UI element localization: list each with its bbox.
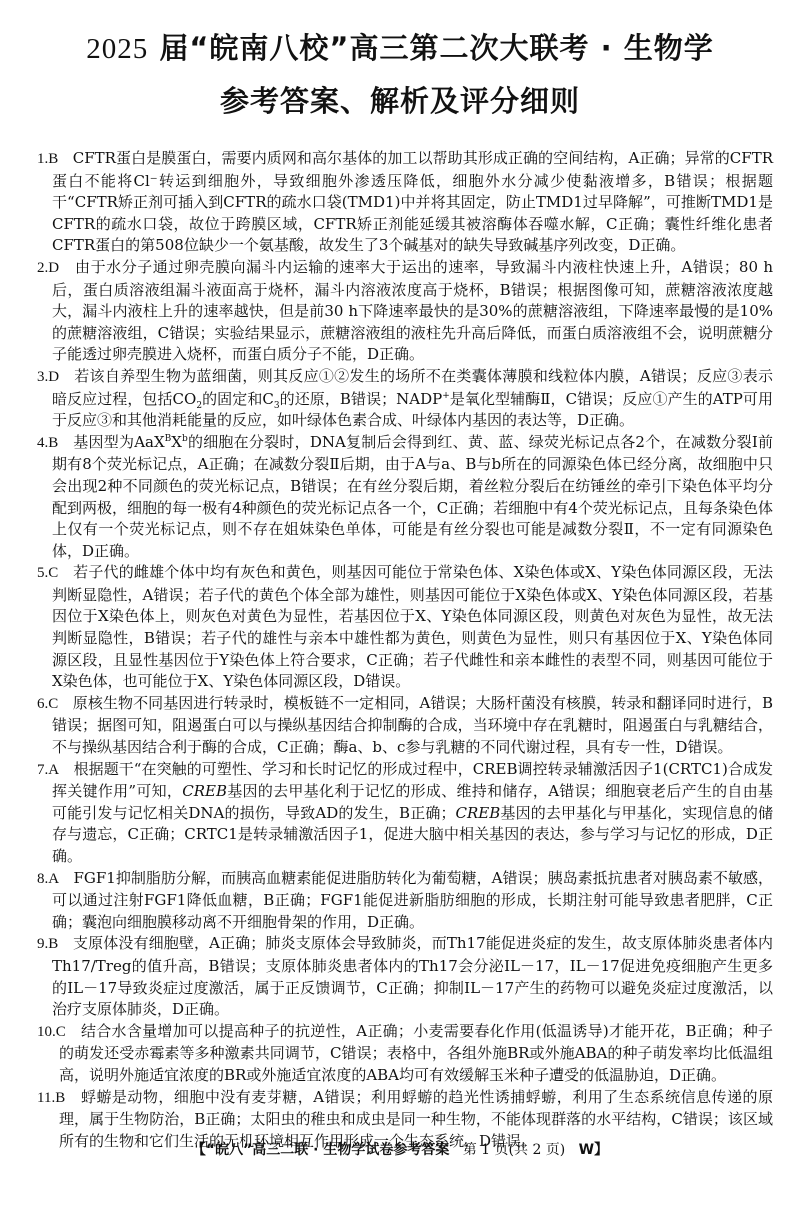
answer-item-5: 5.C 若子代的雌雄个体中均有灰色和黄色，则基因可能位于常染色体、X染色体或X、… [37,562,773,693]
question-number: 1. [37,151,48,167]
answer-letter: B [48,151,58,167]
answer-letter: A [48,871,59,887]
answer-letter: D [48,369,59,385]
explanation-text: 原核生物不同基因进行转录时，模板链不一定相同，A错误；大肠杆菌没有核膜，转录和翻… [52,694,773,756]
answer-letter: A [48,762,59,778]
title-text: 届“皖南八校”高三第二次大联考 · 生物学 [159,31,713,65]
explanation-text: 由于水分子通过卵壳膜向漏斗内运输的速率大于运出的速率，导致漏斗内液柱快速上升，A… [52,258,773,363]
gene-name: CREB [456,804,501,822]
question-number: 4. [37,435,48,451]
answer-item-3: 3.D 若该自养型生物为蓝细菌，则其反应①②发生的场所不在类囊体薄膜和线粒体内膜… [37,366,773,432]
answer-item-2: 2.D 由于水分子通过卵壳膜向漏斗内运输的速率大于运出的速率，导致漏斗内液柱快速… [37,257,773,366]
title-year: 2025 [86,33,148,65]
explanation-text: FGF1抑制脂肪分解，而胰高血糖素能促进脂肪转化为葡萄糖，A错误；胰岛素抵抗患者… [52,869,773,931]
question-number: 7. [37,762,48,778]
explanation-text: 基因型为AaX [73,433,164,451]
answer-letter: B [48,435,58,451]
question-number: 5. [37,565,48,581]
answer-item-1: 1.B CFTR蛋白是膜蛋白，需要内质网和高尔基体的加工以帮助其形成正确的空间结… [37,148,773,257]
answer-item-9: 9.B 支原体没有细胞壁，A正确；肺炎支原体会导致肺炎，而Th17能促进炎症的发… [37,933,773,1020]
question-number: 9. [37,936,48,952]
question-number: 10. [37,1024,56,1040]
answer-list: 1.B CFTR蛋白是膜蛋白，需要内质网和高尔基体的加工以帮助其形成正确的空间结… [37,148,773,1152]
explanation-text: 结合水含量增加可以提高种子的抗逆性，A正确；小麦需要春化作用(低温诱导)才能开花… [59,1022,773,1084]
answer-item-10: 10.C 结合水含量增加可以提高种子的抗逆性，A正确；小麦需要春化作用(低温诱导… [37,1021,773,1087]
footer-source: 【“皖八”高三二联 · 生物学试卷参考答案 [192,1142,449,1158]
explanation-text: 的还原，B错误；NADP [280,390,443,408]
answer-item-7: 7.A 根据题干“在突触的可塑性、学习和长时记忆的形成过程中，CREB调控转录辅… [37,759,773,868]
explanation-text: CFTR蛋白是膜蛋白，需要内质网和高尔基体的加工以帮助其形成正确的空间结构，A正… [52,149,773,254]
answer-letter: D [48,260,59,276]
question-number: 8. [37,871,48,887]
superscript: + [442,391,450,401]
answer-letter: B [48,936,58,952]
answer-item-8: 8.A FGF1抑制脂肪分解，而胰高血糖素能促进脂肪转化为葡萄糖，A错误；胰岛素… [37,868,773,934]
answer-letter: B [55,1090,65,1106]
question-number: 2. [37,260,48,276]
question-number: 11. [37,1090,55,1106]
gene-name: CREB [182,782,227,800]
answer-letter: C [48,565,58,581]
page-title-line-2: 参考答案、解析及评分细则 [0,87,800,116]
page-footer: 【“皖八”高三二联 · 生物学试卷参考答案 第 1 页(共 2 页) W】 [0,1139,800,1159]
explanation-text: 若子代的雌雄个体中均有灰色和黄色，则基因可能位于常染色体、X染色体或X、Y染色体… [52,563,773,690]
answer-letter: C [48,696,58,712]
answer-letter: C [56,1024,66,1040]
answer-item-4: 4.B 基因型为AaXBXb的细胞在分裂时，DNA复制后会得到红、黄、蓝、绿荧光… [37,432,773,563]
explanation-text: 支原体没有细胞壁，A正确；肺炎支原体会导致肺炎，而Th17能促进炎症的发生，故支… [52,934,773,1018]
explanation-text: X [171,433,182,451]
answer-item-6: 6.C 原核生物不同基因进行转录时，模板链不一定相同，A错误；大肠杆菌没有核膜，… [37,693,773,759]
page-number: 第 1 页(共 2 页) [463,1142,566,1158]
explanation-text: 的固定和C [202,390,274,408]
question-number: 6. [37,696,48,712]
question-number: 3. [37,369,48,385]
explanation-text: 的细胞在分裂时，DNA复制后会得到红、黄、蓝、绿荧光标记点各2个，在减数分裂Ⅰ前… [52,433,773,560]
page-title-line-1: 2025 届“皖南八校”高三第二次大联考 · 生物学 [0,34,800,64]
footer-code: W】 [579,1142,608,1158]
